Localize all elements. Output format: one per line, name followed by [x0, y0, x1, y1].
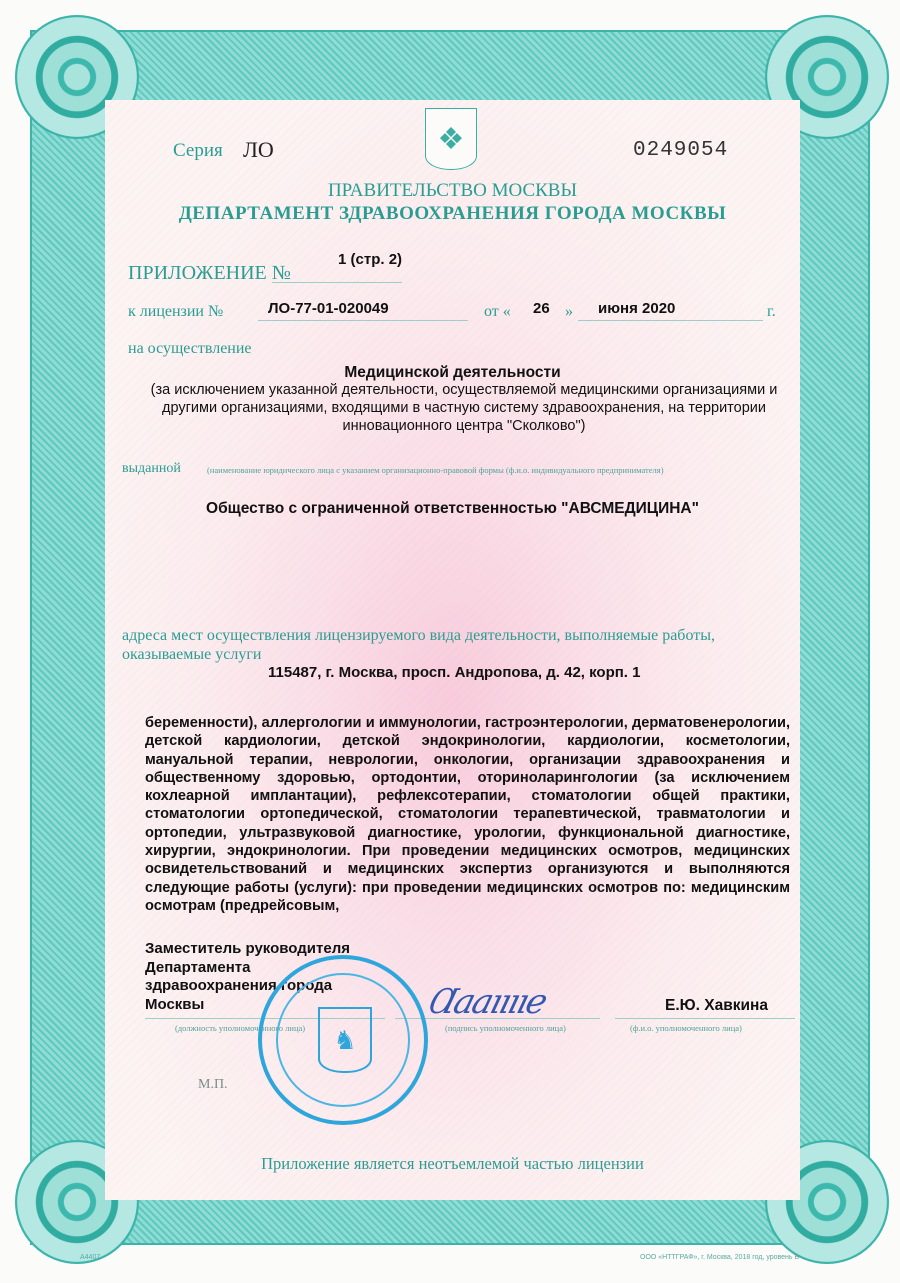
name-underline [615, 1018, 795, 1019]
addresses-label-line2: оказываемые услуги [122, 646, 261, 664]
services-list: беременности), аллергологии и иммунологи… [145, 714, 790, 915]
appendix-number: 1 (стр. 2) [338, 251, 402, 268]
date-day-close: » [565, 303, 573, 321]
printer-info: ООО «НТТГРАФ», г. Москва, 2018 год, уров… [640, 1254, 799, 1261]
name-caption: (ф.и.о. уполномоченного лица) [630, 1023, 742, 1033]
series-label: Серия [173, 140, 223, 162]
issued-label: выданной [122, 461, 181, 477]
signature-caption: (подпись уполномоченного лица) [445, 1023, 566, 1033]
official-stamp-seal: ♞ [258, 955, 428, 1125]
appendix-underline [272, 282, 402, 283]
license-number: ЛО-77-01-020049 [268, 300, 389, 317]
appendix-label: ПРИЛОЖЕНИЕ № [128, 262, 291, 285]
department-title: ДЕПАРТАМЕНТ ЗДРАВООХРАНЕНИЯ ГОРОДА МОСКВ… [105, 203, 800, 225]
signatory-name: Е.Ю. Хавкина [665, 997, 768, 1015]
footer-note: Приложение является неотъемлемой частью … [105, 1154, 800, 1174]
handwritten-signature: Ɑaaııııe [425, 982, 550, 1022]
government-title: ПРАВИТЕЛЬСТВО МОСКВЫ [105, 180, 800, 202]
license-day: 26 [533, 300, 550, 317]
issued-hint: (наименование юридического лица с указан… [207, 465, 664, 475]
organization-name: Общество с ограниченной ответственностью… [105, 500, 800, 518]
year-suffix: г. [767, 303, 776, 321]
date-from-label: от « [484, 303, 511, 321]
form-number: 0249054 [633, 139, 728, 162]
coat-of-arms-icon: ❖ [425, 108, 477, 170]
addresses-label-line1: адреса мест осуществления лицензируемого… [122, 627, 715, 645]
activity-description: (за исключением указанной деятельности, … [140, 381, 788, 435]
series-value: ЛО [243, 137, 274, 163]
license-label: к лицензии № [128, 303, 223, 321]
address-value: 115487, г. Москва, просп. Андропова, д. … [268, 664, 641, 681]
moscow-coat-of-arms-icon: ♞ [318, 1007, 372, 1073]
license-month-year: июня 2020 [598, 300, 675, 317]
license-underline [258, 320, 468, 321]
seal-label: М.П. [198, 1077, 228, 1093]
activity-label: на осуществление [128, 340, 252, 358]
position-line-1: Заместитель руководителя [145, 940, 350, 959]
activity-title: Медицинской деятельности [105, 364, 800, 382]
form-code: А4407 [80, 1254, 100, 1261]
date-underline [578, 320, 763, 321]
